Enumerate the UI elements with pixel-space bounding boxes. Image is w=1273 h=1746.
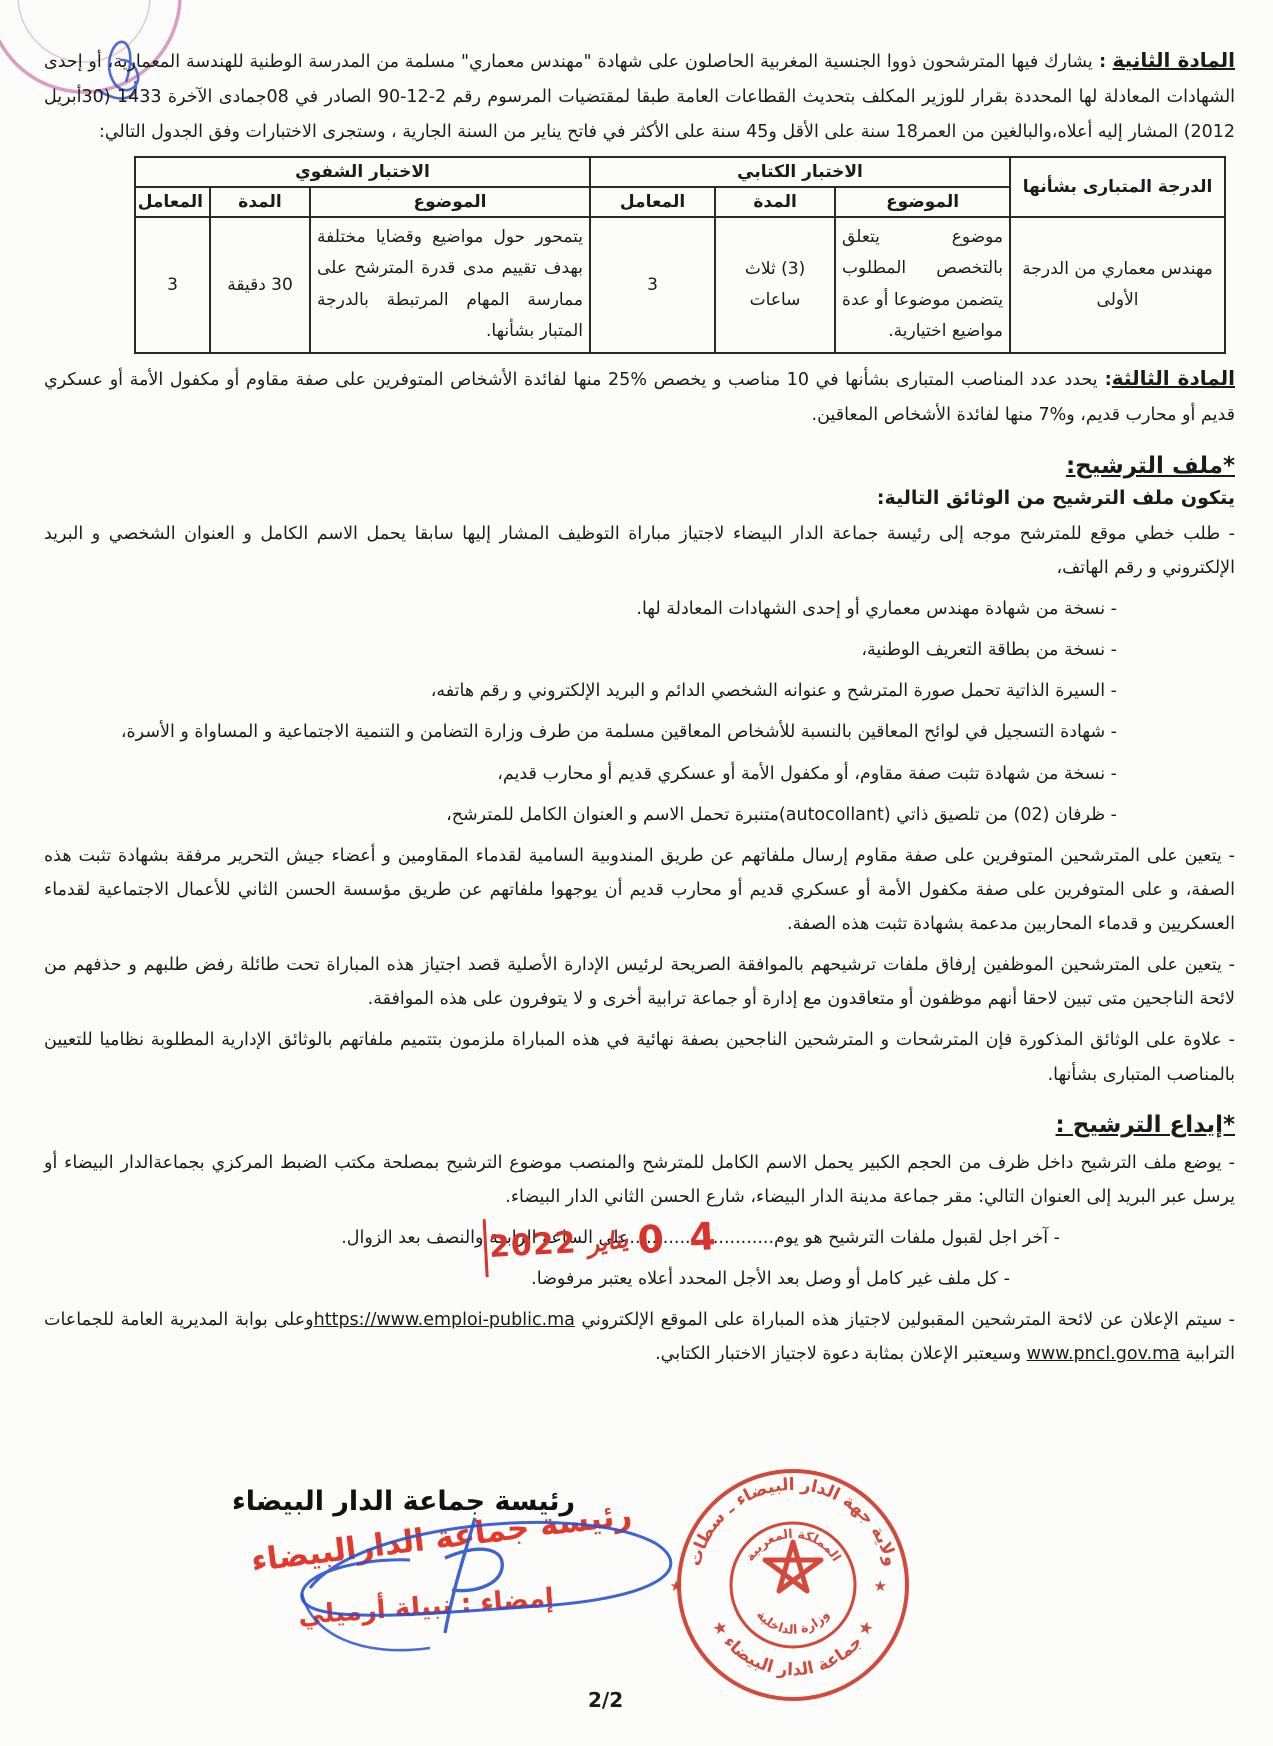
article-2-title: المادة الثانية [1113,48,1235,72]
oral-duration-cell: 30 دقيقة [210,217,310,353]
submission-item-incomplete-rejected: - كل ملف غير كامل أو وصل بعد الأجل المحد… [44,1262,1235,1296]
written-subject-header: الموضوع [835,187,1010,217]
submission-heading: *إيداع الترشيح : [44,1112,1235,1138]
exam-table-row: مهندس معماري من الدرجة الأولى موضوع يتعل… [135,217,1225,353]
page-number: 2/2 [588,1688,623,1712]
article-3-paragraph: المادة الثالثة: يحدد عدد المناصب المتبار… [44,358,1235,433]
file-note-civil-servants: - يتعين على المترشحين الموظفين إرفاق ملف… [44,948,1235,1016]
submission-item-envelope: - يوضع ملف الترشيح داخل ظرف من الحجم الك… [44,1146,1235,1214]
file-item-id-card: - نسخة من بطاقة التعريف الوطنية، [44,633,1235,667]
written-duration-header: المدة [715,187,835,217]
written-coefficient-header: المعامل [590,187,715,217]
exam-table-group-header-row: الدرجة المتبارى بشأنها الاختبار الكتابي … [135,157,1225,187]
file-note-resistants: - يتعين على المترشحين المتوفرين على صفة … [44,839,1235,941]
moroccan-star [765,1542,821,1591]
oral-coefficient-cell: 3 [135,217,210,353]
document-page: M ARAM المادة الثانية : يشارك فيها المتر… [0,0,1273,1746]
oral-subject-header: الموضوع [310,187,590,217]
article-2-body: يشارك فيها المترشحون ذووا الجنسية المغرب… [44,52,1235,142]
written-subject-cell: موضوع يتعلق بالتخصص المطلوب يتضمن موضوعا… [835,217,1010,353]
official-round-stamp: ولاية جهة الدار البيضاء ـ سطات ★ جماعة ا… [668,1460,918,1710]
pncl-url: www.pncl.gov.ma [1027,1337,1180,1371]
document-content: المادة الثانية : يشارك فيها المترشحون ذو… [44,40,1235,1378]
degree-cell: مهندس معماري من الدرجة الأولى [1010,217,1225,353]
oral-subject-cell: يتمحور حول مواضيع وقضايا مختلفة بهدف تقي… [310,217,590,353]
file-item-diploma-copy: - نسخة من شهادة مهندس معماري أو إحدى الش… [44,592,1235,626]
file-item-cv: - السيرة الذاتية تحمل صورة المترشح و عنو… [44,674,1235,708]
announcement-line: - سيتم الإعلان عن لائحة المترشحين المقبو… [44,1303,1235,1371]
announcement-suffix: وسيعتبر الإعلان بمثابة دعوة لاجتياز الاخ… [655,1344,1027,1364]
exam-table: الدرجة المتبارى بشأنها الاختبار الكتابي … [134,156,1226,354]
deadline-suffix: على الساعة الرابعة والنصف بعد الزوال. [341,1228,629,1248]
file-item-envelopes: - ظرفان (02) من تلصيق ذاتي (autocollant)… [44,798,1235,832]
svg-text:★: ★ [874,1577,887,1595]
emploi-public-url: https://www.emploi-public.ma [314,1303,575,1337]
article-2-separator: : [1093,52,1113,72]
deadline-dotted-blank: .......................... [629,1228,774,1248]
oral-exam-header: الاختبار الشفوي [135,157,590,187]
svg-text:★: ★ [670,1577,683,1595]
article-3-body: يحدد عدد المناصب المتبارى بشأنها في 10 م… [44,370,1235,425]
degree-column-header: الدرجة المتبارى بشأنها [1010,157,1225,217]
deadline-prefix: - آخر اجل لقبول ملفات الترشيح هو يوم [774,1228,1060,1248]
round-stamp-inner-bottom-text: وزارة الداخلية [754,1607,832,1637]
oral-duration-header: المدة [210,187,310,217]
file-item-request-letter: - طلب خطي موقع للمترشح موجه إلى رئيسة جم… [44,517,1235,585]
written-exam-header: الاختبار الكتابي [590,157,1010,187]
submission-deadline-line: - آخر اجل لقبول ملفات الترشيح هو يوم....… [44,1221,1235,1255]
article-2-paragraph: المادة الثانية : يشارك فيها المترشحون ذو… [44,40,1235,150]
written-duration-cell: (3) ثلاث ساعات [715,217,835,353]
corner-stamp-text: M ARAM [0,0,31,7]
article-3-separator: : [1098,370,1112,390]
candidacy-file-heading: *ملف الترشيح: [44,453,1235,479]
file-item-status-certificate: - نسخة من شهادة تثبت صفة مقاوم، أو مكفول… [44,757,1235,791]
candidacy-file-intro: يتكون ملف الترشيح من الوثائق التالية: [44,487,1235,509]
written-coefficient-cell: 3 [590,217,715,353]
article-3-title: المادة الثالثة [1112,366,1235,390]
file-item-disability-certificate: - شهادة التسجيل في لوائح المعاقين بالنسب… [44,715,1235,749]
red-stamp-signature-name: إمضاء : نبيلة أرميلي [297,1583,555,1631]
file-note-final-winners: - علاوة على الوثائق المذكورة فإن المترشح… [44,1023,1235,1091]
announcement-prefix: - سيتم الإعلان عن لائحة المترشحين المقبو… [575,1310,1235,1330]
oral-coefficient-header: المعامل [135,187,210,217]
